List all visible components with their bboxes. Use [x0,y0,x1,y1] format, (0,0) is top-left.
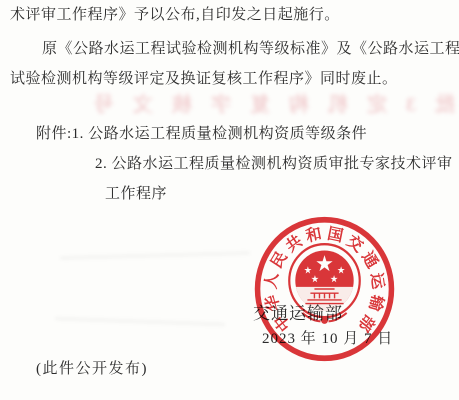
attachment-heading-item-1: 附件:1. 公路水运工程质量检测机构资质等级条件 [36,126,367,143]
official-seal: 中华人民共和国交通运输部 [252,214,397,364]
national-emblem-icon [289,244,359,324]
document-page: 批 3 定 机 构 复 字 核 文 号 术评审工作程序》予以公布,自印发之日起施… [0,0,459,400]
svg-text:国: 国 [326,223,345,245]
svg-text:运: 运 [367,271,387,290]
svg-text:人: 人 [262,271,282,290]
ink-bleedthrough-smudge: 批 3 定 机 构 复 字 核 文 号 [70,88,455,126]
attachment-item-2: 2. 公路水运工程质量检测机构资质审批专家技术评审 [95,156,453,173]
gear-icon [321,317,328,324]
scan-artifact [55,317,225,326]
scan-artifact [60,252,250,260]
svg-text:输: 输 [365,292,387,314]
body-line-3: 试验检测机构等级评定及换证复核工作程序》同时废止。 [10,71,398,88]
svg-text:华: 华 [261,293,283,314]
body-line-1: 术评审工作程序》予以公布,自印发之日起施行。 [10,7,340,24]
attachment-item-2-continued: 工作程序 [105,186,167,203]
public-release-note: (此件公开发布) [36,361,148,378]
svg-text:和: 和 [304,223,323,245]
body-line-2: 原《公路水运工程试验检测机构等级标准》及《公路水运工程 [42,41,459,58]
